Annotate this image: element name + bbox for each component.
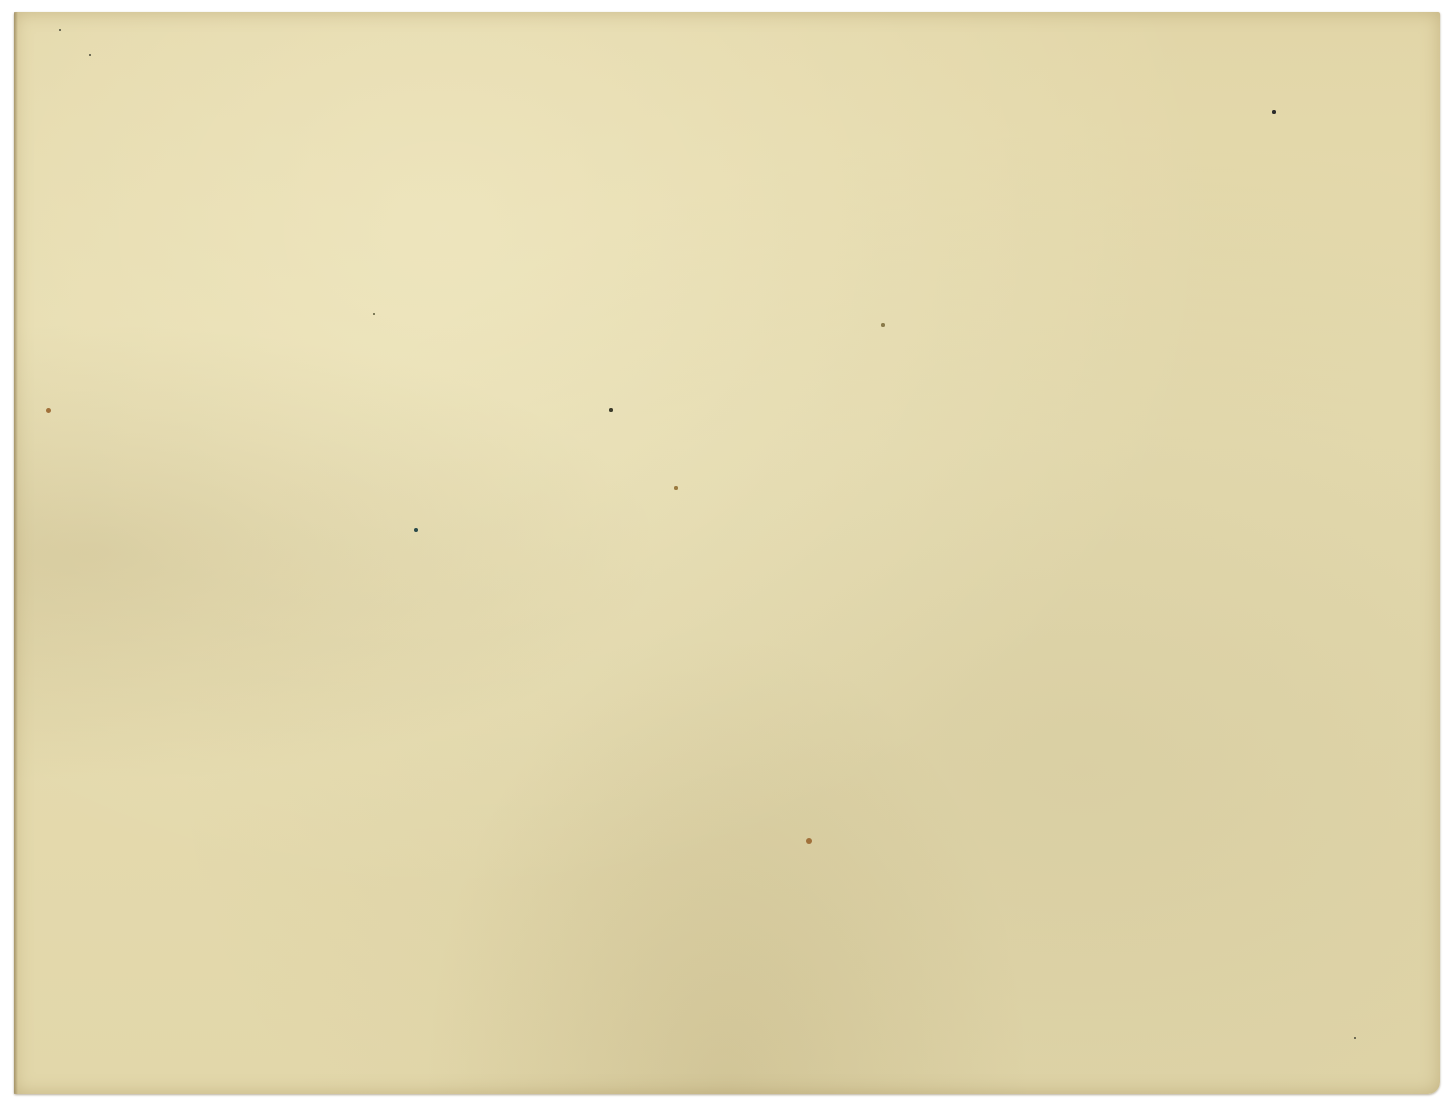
paper-speck <box>46 408 51 413</box>
paper-left-edge-shadow <box>14 12 18 1094</box>
paper-speck <box>806 838 812 844</box>
paper-speck <box>674 486 678 490</box>
paper-speck <box>609 408 613 412</box>
paper-sheet <box>14 12 1440 1094</box>
paper-speck <box>881 323 885 327</box>
paper-speck <box>1272 110 1276 114</box>
paper-speck <box>414 528 418 532</box>
